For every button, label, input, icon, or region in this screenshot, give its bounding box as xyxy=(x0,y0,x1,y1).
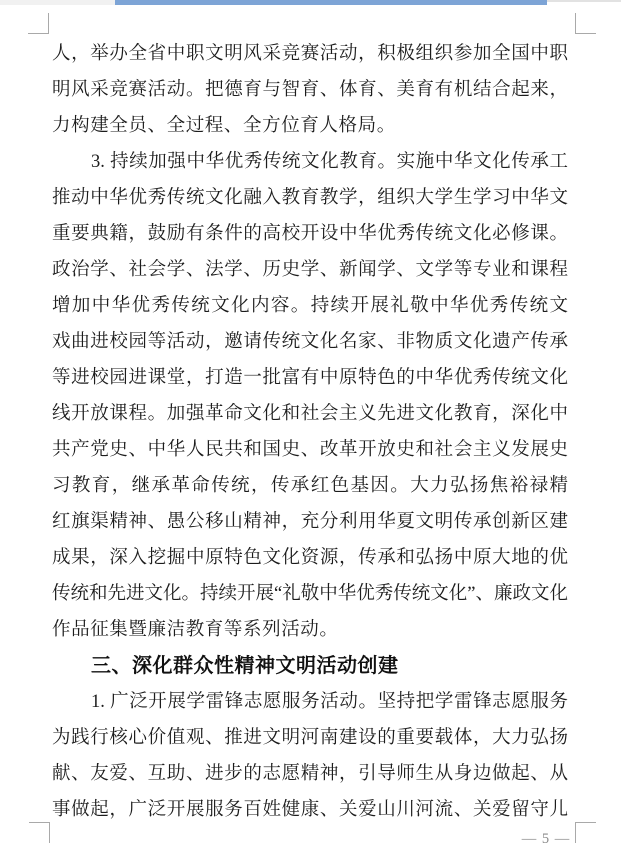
text-line: 3. 持续加强中华优秀传统文化教育。实施中华文化传承工程， xyxy=(52,144,568,180)
document-text-block: 人，举办全省中职文明风采竞赛活动，积极组织参加全国中职文明风采竞赛活动。把德育与… xyxy=(52,36,568,828)
text-line: 政治学、社会学、法学、历史学、新闻学、文学等专业和课程中， xyxy=(52,252,568,288)
text-line: 戏曲进校园等活动，邀请传统文化名家、非物质文化遗产传承人 xyxy=(52,324,568,360)
text-line: 人，举办全省中职文明风采竞赛活动，积极组织参加全国中职文 xyxy=(52,36,568,72)
text-line: 增加中华优秀传统文化内容。持续开展礼敬中华优秀传统文化、 xyxy=(52,288,568,324)
text-line: 重要典籍，鼓励有条件的高校开设中华优秀传统文化必修课。在 xyxy=(52,216,568,252)
page-number: — 5 — xyxy=(508,831,584,848)
text-line: 传统和先进文化。持续开展“礼敬中华优秀传统文化”、廉政文化 xyxy=(52,576,568,612)
text-line: 为践行核心价值观、推进文明河南建设的重要载体，大力弘扬奉 xyxy=(52,720,568,756)
text-line: 明风采竞赛活动。把德育与智育、体育、美育有机结合起来，努 xyxy=(52,72,568,108)
text-line: 习教育，继承革命传统，传承红色基因。大力弘扬焦裕禄精神、 xyxy=(52,468,568,504)
text-line: 事做起，广泛开展服务百姓健康、关爱山川河流、关爱留守儿童 xyxy=(52,792,568,828)
scrollbar-track-left xyxy=(0,0,115,5)
document-page: { "chrome": { "scroll_thumb_color": "#7d… xyxy=(0,0,621,860)
scrollbar-thumb[interactable] xyxy=(115,0,547,5)
text-line: 力构建全员、全过程、全方位育人格局。 xyxy=(52,108,568,144)
text-line: 共产党史、中华人民共和国史、改革开放史和社会主义发展史学 xyxy=(52,432,568,468)
section-heading: 三、深化群众性精神文明活动创建 xyxy=(52,648,568,684)
text-line: 等进校园进课堂，打造一批富有中原特色的中华优秀传统文化在 xyxy=(52,360,568,396)
crop-mark-bottom-left xyxy=(29,822,50,843)
text-line: 献、友爱、互助、进步的志愿精神，引导师生从身边做起、从小 xyxy=(52,756,568,792)
crop-mark-top-right xyxy=(575,13,596,34)
text-line: 红旗渠精神、愚公移山精神，充分利用华夏文明传承创新区建设 xyxy=(52,504,568,540)
text-line: 成果，深入挖掘中原特色文化资源，传承和弘扬中原大地的优秀 xyxy=(52,540,568,576)
scrollbar-track-right xyxy=(547,0,621,2)
text-line: 1. 广泛开展学雷锋志愿服务活动。坚持把学雷锋志愿服务作 xyxy=(52,684,568,720)
text-line: 线开放课程。加强革命文化和社会主义先进文化教育，深化中国 xyxy=(52,396,568,432)
crop-mark-top-left xyxy=(28,13,49,34)
top-chrome-strip xyxy=(0,0,621,6)
text-line: 作品征集暨廉洁教育等系列活动。 xyxy=(52,612,568,648)
text-line: 推动中华优秀传统文化融入教育教学，组织大学生学习中华文化 xyxy=(52,180,568,216)
